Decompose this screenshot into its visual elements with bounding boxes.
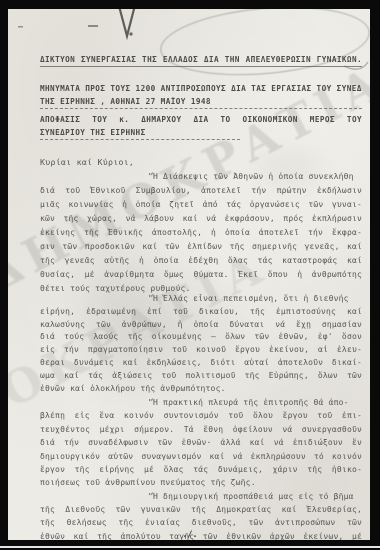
continuation-mark: ./. [0, 530, 380, 540]
scan-edge-left [0, 0, 8, 550]
body-line: ωμα καί τάς ἀξιώσεις τοῦ πολιτισμοῦ τῆς … [40, 371, 362, 384]
body-line: ποιήσεως τοῦ ἀνθρωπίνου πνεύματος τῆς ζω… [40, 478, 362, 491]
body-line: εἰς τήν πραγματοποίησιν τοῦ κοινοῦ ἔργου… [40, 345, 362, 358]
body-line: μιᾶς κοινωνίας ἡ ὁποία ζητεῖ ἀπό τάς ὀργ… [40, 200, 362, 214]
body-line: "Ἡ δημιουργική προσπάθειά μας εἰς τό βῆμ… [40, 492, 362, 505]
body-line: σιν τῶν προσδοκιῶν καί τῶν ἐλπίδων τῆς σ… [40, 242, 362, 256]
body-line: διά τοῦ Ἐθνικοῦ Συμβουλίου, ἀποτελεῖ τήν… [40, 186, 362, 200]
scan-edge-bottom [0, 540, 380, 550]
body-line: θεραι δυνάμεις καί ἐκδηλώσεις, διότι αὐτ… [40, 358, 362, 371]
body-line: δημιουργικόν αὐτῶν συναγωνισμόν καί νά ἐ… [40, 452, 362, 465]
body-line: "Ἡ Ἑλλάς εἶναι πεπεισμένη, ὅτι ἡ διεθνής [40, 294, 362, 307]
salutation: Κυρίαι καί Κύριοι, [40, 157, 134, 167]
header-subtitle-line2: ΤΗΣ ΕΙΡΗΝΗΣ , ΑΘΗΝΑΙ 27 ΜΑΪΟΥ 1948 [40, 97, 362, 109]
body-line: βλέπῃ εἰς ἕνα κοινόν συντονισμόν τοῦ ὅλο… [40, 411, 362, 424]
body-line: διά τούς λαούς τῆς οἰκουμένης — ὅλων τῶν… [40, 332, 362, 345]
paragraph-2: "Ἡ Ἑλλάς εἶναι πεπεισμένη, ὅτι ἡ διεθνής… [40, 294, 362, 396]
body-line: ἐθνῶν καί ὁλοκλήρου τῆς ἀνθρωπότητος. [40, 384, 362, 397]
paragraph-1: "Ἡ Διάσκεψις τῶν Ἀθηνῶν ἡ ὁποία συνεκλήθ… [40, 172, 362, 298]
body-line: "Ἡ πρακτική πλευρά τῆς ἐπιτροπῆς θά ἀπο- [40, 398, 362, 411]
body-line: τευχθέντος μέχρι σήμερον. Τά ἔθνη ὀφείλο… [40, 425, 362, 438]
body-line: "Ἡ Διάσκεψις τῶν Ἀθηνῶν ἡ ὁποία συνεκλήθ… [40, 172, 362, 186]
body-line: τῆς γενεᾶς αὐτῆς ἡ ὁποία ἐδέχθη ὅλας τάς… [40, 256, 362, 270]
scan-edge-top [0, 0, 380, 9]
body-line: κῶν τῆς χώρας, νά λάβουν καί νά ἐκφράσου… [40, 214, 362, 228]
body-line: διά τήν συναδέλφωσιν τῶν ἐθνῶν· ἀλλά καί… [40, 438, 362, 451]
header-subject-line2: ΣΥΝΕΔΡΙΟΥ ΤΗΣ ΕΙΡΗΝΗΣ [40, 128, 240, 140]
body-line: τῆς Διεθνοῦς τῶν γυναικῶν τῆς Δημοκρατία… [40, 505, 362, 518]
body-line: θυσίας, μέ ἀναρίθμητα ὅμως θύματα. Ἐκεῖ … [40, 270, 362, 284]
body-line: ἔργον τῆς εἰρήνης μέ ὅλας τάς δυνάμεις, … [40, 465, 362, 478]
header-subtitle-line1: ΜΗΝΥΜΑΤΑ ΠΡΟΣ ΤΟΥΣ 1200 ΑΝΤΙΠΡΟΣΩΠΟΥΣ ΔΙ… [40, 84, 362, 93]
scan-edge-highlight [0, 546, 380, 548]
header-subject-line1: ΑΠΟΦΑΣΙΣ ΤΟΥ κ. ΔΗΜΑΡΧΟΥ ΔΙΑ ΤΟ ΟΙΚΟΝΟΜΙ… [40, 115, 362, 124]
body-line: ἐκείνης τῆς Ἐθνικῆς ἀποστολῆς, ἡ ὁποία ἀ… [40, 228, 362, 242]
scanned-document-page: ΔΗΜΟΚΡΑΤΙΑ ΔΗΜΟΚΡΑΤΙΑ ΔΙΚΤΥΟΝ ΣΥΝΕΡΓΑΣΙΑ… [0, 0, 380, 550]
body-line: καλωσύνης τῶν ἀνθρώπων, ἡ ὁποία δύναται … [40, 320, 362, 333]
scan-edge-right [370, 0, 380, 550]
body-line: εἰρήνη, ἐδραιωμένη ἐπί τοῦ δικαίου, τῆς … [40, 307, 362, 320]
paragraph-3: "Ἡ πρακτική πλευρά τῆς ἐπιτροπῆς θά ἀπο-… [40, 398, 362, 492]
